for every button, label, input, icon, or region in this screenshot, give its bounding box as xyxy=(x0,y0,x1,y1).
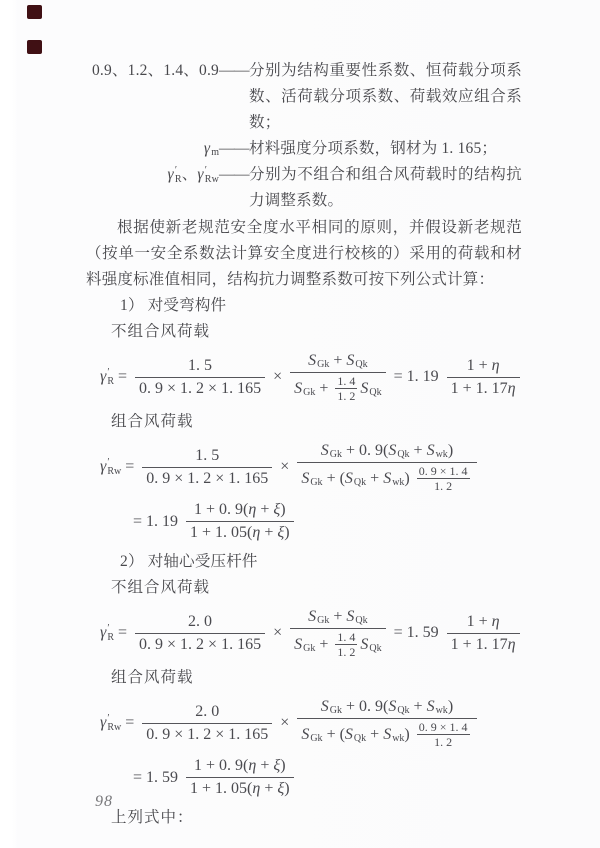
math-subscript: Rw xyxy=(107,467,121,476)
math-text: + xyxy=(329,607,346,627)
math-text: + xyxy=(315,635,332,655)
math-variable: SQk xyxy=(360,635,381,655)
math-numerator: SGk + 0. 9(SQk + Swk) xyxy=(297,440,476,462)
definition-item-gamma-m: γm —— 材料强度分项系数，钢材为 1. 165； xyxy=(86,136,522,162)
math-variable: γ′R xyxy=(168,162,182,188)
math-subscript: Gk xyxy=(330,445,342,465)
formula-bending-wind-line2: = 1. 19 1 + 0. 9(η + ξ)1 + 1. 05(η + ξ) xyxy=(133,499,522,544)
math-variable-base: S xyxy=(427,441,435,461)
math-text: = 1. 59 xyxy=(133,768,182,787)
math-subscript: wk xyxy=(392,473,404,493)
math-text: ) xyxy=(448,697,453,717)
math-text: 1 + 1. 05( xyxy=(190,523,252,543)
math-text: 1 + 0. 9( xyxy=(194,756,248,776)
math-subscript: wk xyxy=(436,701,448,721)
math-text: 0. 9 × 1. 4 xyxy=(419,464,468,478)
math-subscript: Qk xyxy=(369,639,381,659)
math-text: = xyxy=(121,457,138,476)
math-variable-base: η xyxy=(248,756,256,776)
math-variable-base: S xyxy=(301,469,309,489)
math-fraction: SGk + SQkSGk + 1. 41. 2SQk xyxy=(290,606,386,660)
math-variable: SGk xyxy=(301,469,322,489)
math-variable: SGk xyxy=(308,351,329,371)
math-variable-base: ξ xyxy=(277,779,284,799)
math-supsub-stack: ′Rw xyxy=(107,714,121,732)
math-text: 1 + xyxy=(467,356,492,376)
math-text: 2. 0 xyxy=(188,612,212,632)
math-variable: η xyxy=(508,635,516,655)
math-variable-base: S xyxy=(321,697,329,717)
math-text: 1. 5 xyxy=(188,356,212,376)
math-subscript: Gk xyxy=(303,639,315,659)
math-text: + xyxy=(366,469,383,489)
math-variable: SGk xyxy=(294,379,315,399)
math-subscript: Qk xyxy=(355,355,367,375)
math-subscript: R xyxy=(107,377,114,386)
math-denominator: 0. 9 × 1. 2 × 1. 165 xyxy=(135,633,265,656)
math-variable-base: S xyxy=(388,441,396,461)
math-variable-base: S xyxy=(294,379,302,399)
definition-label: γm xyxy=(86,136,219,162)
math-variable-base: S xyxy=(301,725,309,745)
math-subscript: Qk xyxy=(354,729,366,749)
math-text: 1. 5 xyxy=(195,446,219,466)
math-variable-base: S xyxy=(346,607,354,627)
math-variable: SQk xyxy=(346,607,367,627)
definition-desc: 材料强度分项系数，钢材为 1. 165； xyxy=(249,136,522,162)
math-text: 1. 2 xyxy=(434,735,452,749)
math-variable: Swk xyxy=(383,469,404,489)
math-variable-base: S xyxy=(346,351,354,371)
math-variable: SGk xyxy=(321,697,342,717)
math-variable-base: ξ xyxy=(277,523,284,543)
math-subscript: Qk xyxy=(397,701,409,721)
math-denominator: SGk + 1. 41. 2SQk xyxy=(290,372,386,404)
definition-desc: 分别为结构重要性系数、恒荷载分项系数、活荷载分项系数、荷载效应组合系数； xyxy=(249,58,522,136)
math-variable: SQk xyxy=(388,441,409,461)
math-numerator: 1 + η xyxy=(447,611,520,633)
definition-dash: —— xyxy=(219,136,249,162)
math-text: + xyxy=(256,756,273,776)
math-variable: SGk xyxy=(321,441,342,461)
math-denominator: 1. 2 xyxy=(417,734,470,749)
math-variable-base: S xyxy=(360,379,368,399)
math-text: + xyxy=(256,500,273,520)
math-numerator: SGk + SQk xyxy=(290,606,386,628)
math-variable: ξ xyxy=(273,500,280,520)
math-text: = xyxy=(114,367,131,386)
math-text: 1 + xyxy=(467,612,492,632)
math-text: = 1. 19 xyxy=(390,367,443,386)
math-text: + 0. 9( xyxy=(342,697,388,717)
math-numerator: 1. 5 xyxy=(135,355,265,377)
math-text: + xyxy=(260,779,277,799)
math-variable-base: γ xyxy=(197,162,203,188)
math-text: 0.9、1.2、1.4、0.9 xyxy=(92,62,219,79)
math-variable: ξ xyxy=(277,779,284,799)
math-fraction: 2. 00. 9 × 1. 2 × 1. 165 xyxy=(135,611,265,656)
math-text: × xyxy=(276,713,293,732)
math-numerator: 1. 4 xyxy=(335,374,357,388)
math-text: ) xyxy=(404,725,413,745)
math-variable-base: γ xyxy=(100,367,106,386)
math-fraction: 0. 9 × 1. 41. 2 xyxy=(417,720,470,749)
math-text: + xyxy=(410,441,427,461)
math-fraction: 2. 00. 9 × 1. 2 × 1. 165 xyxy=(142,701,272,746)
math-subscript: R xyxy=(175,175,182,184)
math-variable: η xyxy=(508,379,516,399)
math-subscript: wk xyxy=(436,445,448,465)
math-variable: Swk xyxy=(383,725,404,745)
math-fraction: 1 + η1 + 1. 17η xyxy=(447,611,520,656)
math-variable: γ′Rw xyxy=(100,713,121,732)
math-text: + 0. 9( xyxy=(342,441,388,461)
closing-label: 上列式中： xyxy=(111,805,522,831)
formula-bending-no-wind: γ′R = 1. 50. 9 × 1. 2 × 1. 165 × SGk + S… xyxy=(100,350,522,404)
math-denominator: 1 + 1. 05(η + ξ) xyxy=(186,777,294,800)
math-denominator: SGk + (SQk + Swk) 0. 9 × 1. 41. 2 xyxy=(297,718,476,750)
math-variable: SQk xyxy=(345,725,366,745)
math-fraction: 1 + 0. 9(η + ξ)1 + 1. 05(η + ξ) xyxy=(186,499,294,544)
math-subscript: Gk xyxy=(310,729,322,749)
page-content: 0.9、1.2、1.4、0.9 —— 分别为结构重要性系数、恒荷载分项系数、活荷… xyxy=(86,58,522,831)
math-text: 1 + 1. 17 xyxy=(451,635,508,655)
math-variable-base: γ xyxy=(168,162,174,188)
math-subscript: Gk xyxy=(310,473,322,493)
math-subscript: Rw xyxy=(205,175,219,184)
math-variable-base: γ xyxy=(100,713,106,732)
intro-paragraph: 根据使新老规范安全度水平相同的原则，并假设新老规范（按单一安全系数法计算安全度进… xyxy=(86,215,522,293)
with-wind-label-1: 组合风荷载 xyxy=(111,409,522,435)
math-text: ) xyxy=(404,469,413,489)
math-fraction: 0. 9 × 1. 41. 2 xyxy=(417,464,470,493)
math-text: 、 xyxy=(182,166,198,183)
formula-bending-wind-line1: γ′Rw = 1. 50. 9 × 1. 2 × 1. 165 × SGk + … xyxy=(100,440,522,494)
math-text: + xyxy=(366,725,383,745)
math-text: ) xyxy=(448,441,453,461)
math-variable: Swk xyxy=(427,697,448,717)
math-variable: SQk xyxy=(345,469,366,489)
math-subscript: m xyxy=(211,140,219,166)
math-fraction: SGk + SQkSGk + 1. 41. 2SQk xyxy=(290,350,386,404)
math-subscript: Qk xyxy=(397,445,409,465)
math-subscript: R xyxy=(107,633,114,642)
math-numerator: SGk + SQk xyxy=(290,350,386,372)
math-denominator: 1. 2 xyxy=(335,644,357,659)
math-denominator: 1 + 1. 05(η + ξ) xyxy=(186,521,294,544)
math-variable-base: γ xyxy=(100,457,106,476)
math-text: + ( xyxy=(323,725,345,745)
math-text: ) xyxy=(284,523,289,543)
math-variable-base: S xyxy=(383,725,391,745)
definition-dash: —— xyxy=(219,58,249,84)
definition-label: 0.9、1.2、1.4、0.9 xyxy=(86,58,219,84)
math-fraction: 1 + 0. 9(η + ξ)1 + 1. 05(η + ξ) xyxy=(186,755,294,800)
page-number: 98 xyxy=(95,793,113,811)
math-variable-base: S xyxy=(345,469,353,489)
math-variable: η xyxy=(492,612,500,632)
math-denominator: 0. 9 × 1. 2 × 1. 165 xyxy=(142,467,272,490)
math-variable-base: S xyxy=(308,607,316,627)
math-variable-base: S xyxy=(321,441,329,461)
math-fraction: SGk + 0. 9(SQk + Swk)SGk + (SQk + Swk) 0… xyxy=(297,696,476,750)
math-variable: Swk xyxy=(427,441,448,461)
math-variable: SGk xyxy=(294,635,315,655)
math-variable: SQk xyxy=(346,351,367,371)
math-variable-base: S xyxy=(388,697,396,717)
section-2-title: 2） 对轴心受压杆件 xyxy=(120,549,522,575)
math-denominator: 1. 2 xyxy=(417,478,470,493)
definition-item-coefficients: 0.9、1.2、1.4、0.9 —— 分别为结构重要性系数、恒荷载分项系数、活荷… xyxy=(86,58,522,136)
math-variable-base: η xyxy=(252,779,260,799)
corner-mark-bottom xyxy=(27,40,42,54)
math-text: 0. 9 × 1. 2 × 1. 165 xyxy=(139,379,261,399)
math-subscript: Rw xyxy=(107,723,121,732)
math-variable-base: S xyxy=(383,469,391,489)
definition-desc: 分别为不组合和组合风荷载时的结构抗力调整系数。 xyxy=(249,162,522,214)
math-variable-base: η xyxy=(492,356,500,376)
math-text: ) xyxy=(280,756,285,776)
math-text: + xyxy=(315,379,332,399)
definition-list: 0.9、1.2、1.4、0.9 —— 分别为结构重要性系数、恒荷载分项系数、活荷… xyxy=(86,58,522,214)
math-text: + xyxy=(260,523,277,543)
math-variable-base: η xyxy=(508,379,516,399)
math-numerator: 1 + 0. 9(η + ξ) xyxy=(186,755,294,777)
math-variable-base: ξ xyxy=(273,500,280,520)
math-variable-base: γ xyxy=(100,623,106,642)
math-text: + ( xyxy=(323,469,345,489)
no-wind-label-2: 不组合风荷载 xyxy=(111,575,522,601)
math-subscript: Qk xyxy=(354,473,366,493)
math-fraction: 1. 50. 9 × 1. 2 × 1. 165 xyxy=(135,355,265,400)
math-variable: η xyxy=(248,756,256,776)
math-numerator: 0. 9 × 1. 4 xyxy=(417,720,470,734)
math-subscript: Gk xyxy=(330,701,342,721)
math-numerator: 2. 0 xyxy=(135,611,265,633)
math-variable: ξ xyxy=(277,523,284,543)
math-numerator: 2. 0 xyxy=(142,701,272,723)
math-denominator: 1 + 1. 17η xyxy=(447,377,520,400)
math-fraction: 1 + η1 + 1. 17η xyxy=(447,355,520,400)
formula-axial-wind-line1: γ′Rw = 2. 00. 9 × 1. 2 × 1. 165 × SGk + … xyxy=(100,696,522,750)
math-text: ) xyxy=(280,500,285,520)
with-wind-label-2: 组合风荷载 xyxy=(111,665,522,691)
math-numerator: 1 + 0. 9(η + ξ) xyxy=(186,499,294,521)
math-variable: η xyxy=(492,356,500,376)
math-variable: γ′R xyxy=(100,367,114,386)
math-variable: η xyxy=(248,500,256,520)
math-text: 2. 0 xyxy=(195,702,219,722)
math-supsub-stack: ′R xyxy=(107,624,114,642)
math-variable: γ′R xyxy=(100,623,114,642)
math-text: 1. 4 xyxy=(337,374,355,388)
math-subscript: Gk xyxy=(317,355,329,375)
formula-axial-no-wind: γ′R = 2. 00. 9 × 1. 2 × 1. 165 × SGk + S… xyxy=(100,606,522,660)
math-variable: γ′Rw xyxy=(100,457,121,476)
math-text: = 1. 59 xyxy=(390,623,443,642)
math-variable: ξ xyxy=(273,756,280,776)
math-text: 1 + 0. 9( xyxy=(194,500,248,520)
math-text: 1 + 1. 17 xyxy=(451,379,508,399)
math-variable-base: S xyxy=(345,725,353,745)
math-text: × xyxy=(269,367,286,386)
math-text: 0. 9 × 1. 2 × 1. 165 xyxy=(139,635,261,655)
math-denominator: SGk + (SQk + Swk) 0. 9 × 1. 41. 2 xyxy=(297,462,476,494)
math-text: 0. 9 × 1. 2 × 1. 165 xyxy=(146,469,268,489)
document-page: 0.9、1.2、1.4、0.9 —— 分别为结构重要性系数、恒荷载分项系数、活荷… xyxy=(0,0,600,848)
math-text: 1. 4 xyxy=(337,630,355,644)
math-fraction: SGk + 0. 9(SQk + Swk)SGk + (SQk + Swk) 0… xyxy=(297,440,476,494)
math-variable-base: S xyxy=(308,351,316,371)
math-text: 1. 2 xyxy=(337,389,355,403)
section-1-title: 1） 对受弯构件 xyxy=(120,293,522,319)
math-variable: SQk xyxy=(388,697,409,717)
math-subscript: Gk xyxy=(303,383,315,403)
math-subscript: Qk xyxy=(355,611,367,631)
math-text: 1 + 1. 05( xyxy=(190,779,252,799)
math-text: × xyxy=(276,457,293,476)
math-variable-base: η xyxy=(252,523,260,543)
math-text: × xyxy=(269,623,286,642)
math-numerator: SGk + 0. 9(SQk + Swk) xyxy=(297,696,476,718)
math-text: = xyxy=(121,713,138,732)
math-variable: γm xyxy=(204,136,219,162)
math-variable-base: η xyxy=(508,635,516,655)
corner-mark-top xyxy=(27,5,42,19)
math-numerator: 1. 5 xyxy=(142,445,272,467)
math-text: = 1. 19 xyxy=(133,512,182,531)
math-variable-base: η xyxy=(248,500,256,520)
math-variable: SGk xyxy=(301,725,322,745)
math-variable-base: η xyxy=(492,612,500,632)
math-text: + xyxy=(329,351,346,371)
math-variable: SQk xyxy=(360,379,381,399)
math-variable: SGk xyxy=(308,607,329,627)
math-variable-base: ξ xyxy=(273,756,280,776)
math-denominator: 1. 2 xyxy=(335,388,357,403)
math-fraction: 1. 41. 2 xyxy=(335,374,357,403)
math-denominator: 1 + 1. 17η xyxy=(447,633,520,656)
math-text: 1. 2 xyxy=(434,479,452,493)
math-subscript: wk xyxy=(392,729,404,749)
math-numerator: 1 + η xyxy=(447,355,520,377)
definition-dash: —— xyxy=(219,162,249,188)
math-supsub-stack: ′R xyxy=(107,368,114,386)
math-numerator: 1. 4 xyxy=(335,630,357,644)
math-fraction: 1. 41. 2 xyxy=(335,630,357,659)
math-subscript: Gk xyxy=(317,611,329,631)
math-text: 0. 9 × 1. 4 xyxy=(419,720,468,734)
math-denominator: SGk + 1. 41. 2SQk xyxy=(290,628,386,660)
math-subscript: Qk xyxy=(369,383,381,403)
math-text: 0. 9 × 1. 2 × 1. 165 xyxy=(146,725,268,745)
definition-label: γ′R、γ′Rw xyxy=(86,162,219,188)
math-variable-base: S xyxy=(427,697,435,717)
math-variable-base: S xyxy=(294,635,302,655)
math-fraction: 1. 50. 9 × 1. 2 × 1. 165 xyxy=(142,445,272,490)
no-wind-label-1: 不组合风荷载 xyxy=(111,319,522,345)
math-variable: η xyxy=(252,779,260,799)
formula-axial-wind-line2: = 1. 59 1 + 0. 9(η + ξ)1 + 1. 05(η + ξ) xyxy=(133,755,522,800)
math-text: ) xyxy=(284,779,289,799)
math-numerator: 0. 9 × 1. 4 xyxy=(417,464,470,478)
math-variable-base: γ xyxy=(204,136,210,162)
math-variable: η xyxy=(252,523,260,543)
math-text: + xyxy=(410,697,427,717)
math-supsub-stack: ′Rw xyxy=(205,166,219,184)
math-denominator: 0. 9 × 1. 2 × 1. 165 xyxy=(135,377,265,400)
math-text: = xyxy=(114,623,131,642)
math-supsub-stack: ′Rw xyxy=(107,458,121,476)
math-supsub-stack: ′R xyxy=(175,166,182,184)
math-variable-base: S xyxy=(360,635,368,655)
definition-item-gamma-r: γ′R、γ′Rw —— 分别为不组合和组合风荷载时的结构抗力调整系数。 xyxy=(86,162,522,214)
math-denominator: 0. 9 × 1. 2 × 1. 165 xyxy=(142,723,272,746)
math-text: 1. 2 xyxy=(337,645,355,659)
